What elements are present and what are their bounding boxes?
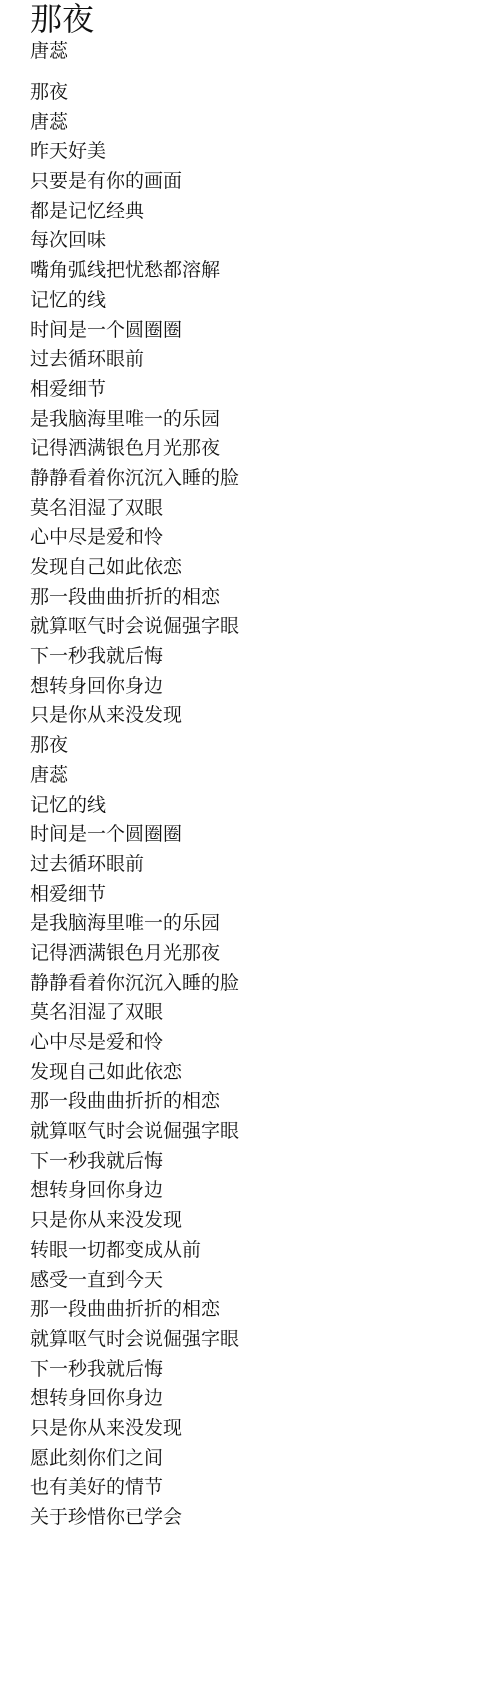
lyric-line: 想转身回你身边 xyxy=(30,1384,500,1414)
lyric-line: 想转身回你身边 xyxy=(30,672,500,702)
lyric-line: 那夜 xyxy=(30,731,500,761)
lyric-line: 只是你从来没发现 xyxy=(30,1206,500,1236)
lyric-line: 都是记忆经典 xyxy=(30,197,500,227)
lyric-line: 下一秒我就后悔 xyxy=(30,642,500,672)
lyric-line: 发现自己如此依恋 xyxy=(30,553,500,583)
lyric-line: 记得洒满银色月光那夜 xyxy=(30,434,500,464)
lyric-line: 就算呕气时会说倔强字眼 xyxy=(30,1325,500,1355)
lyric-line: 那一段曲曲折折的相恋 xyxy=(30,1087,500,1117)
lyric-line: 静静看着你沉沉入睡的脸 xyxy=(30,464,500,494)
lyric-line: 过去循环眼前 xyxy=(30,850,500,880)
lyric-line: 是我脑海里唯一的乐园 xyxy=(30,909,500,939)
lyric-line: 就算呕气时会说倔强字眼 xyxy=(30,612,500,642)
lyric-line: 下一秒我就后悔 xyxy=(30,1355,500,1385)
lyric-line: 那一段曲曲折折的相恋 xyxy=(30,1295,500,1325)
lyric-line: 时间是一个圆圈圈 xyxy=(30,820,500,850)
song-title: 那夜 xyxy=(30,0,500,38)
lyric-line: 唐蕊 xyxy=(30,108,500,138)
lyric-line: 那一段曲曲折折的相恋 xyxy=(30,583,500,613)
lyric-line: 记得洒满银色月光那夜 xyxy=(30,939,500,969)
lyric-line: 莫名泪湿了双眼 xyxy=(30,494,500,524)
lyric-line: 相爱细节 xyxy=(30,375,500,405)
lyric-line: 转眼一切都变成从前 xyxy=(30,1236,500,1266)
lyric-line: 愿此刻你们之间 xyxy=(30,1444,500,1474)
lyric-line: 下一秒我就后悔 xyxy=(30,1147,500,1177)
lyric-line: 是我脑海里唯一的乐园 xyxy=(30,405,500,435)
lyric-line: 想转身回你身边 xyxy=(30,1176,500,1206)
lyric-line: 关于珍惜你已学会 xyxy=(30,1503,500,1533)
lyric-line: 记忆的线 xyxy=(30,286,500,316)
lyric-line: 莫名泪湿了双眼 xyxy=(30,998,500,1028)
lyric-line: 过去循环眼前 xyxy=(30,345,500,375)
lyric-line: 就算呕气时会说倔强字眼 xyxy=(30,1117,500,1147)
lyric-line: 记忆的线 xyxy=(30,791,500,821)
lyric-line: 心中尽是爱和怜 xyxy=(30,523,500,553)
lyric-line: 相爱细节 xyxy=(30,880,500,910)
lyric-line: 昨天好美 xyxy=(30,137,500,167)
lyric-line: 发现自己如此依恋 xyxy=(30,1058,500,1088)
lyric-line: 只是你从来没发现 xyxy=(30,701,500,731)
lyric-line: 那夜 xyxy=(30,78,500,108)
lyric-line: 时间是一个圆圈圈 xyxy=(30,316,500,346)
lyric-line: 唐蕊 xyxy=(30,761,500,791)
lyric-line: 感受一直到今天 xyxy=(30,1266,500,1296)
lyric-line: 每次回味 xyxy=(30,226,500,256)
lyrics-page: 那夜 唐蕊 那夜唐蕊昨天好美只要是有你的画面都是记忆经典每次回味嘴角弧线把忧愁都… xyxy=(0,0,500,1533)
lyric-line: 静静看着你沉沉入睡的脸 xyxy=(30,969,500,999)
song-artist: 唐蕊 xyxy=(30,38,500,64)
lyric-line: 只要是有你的画面 xyxy=(30,167,500,197)
lyric-line: 只是你从来没发现 xyxy=(30,1414,500,1444)
lyric-line: 嘴角弧线把忧愁都溶解 xyxy=(30,256,500,286)
lyric-line: 心中尽是爱和怜 xyxy=(30,1028,500,1058)
lyric-line: 也有美好的情节 xyxy=(30,1473,500,1503)
lyrics-list: 那夜唐蕊昨天好美只要是有你的画面都是记忆经典每次回味嘴角弧线把忧愁都溶解记忆的线… xyxy=(30,78,500,1533)
